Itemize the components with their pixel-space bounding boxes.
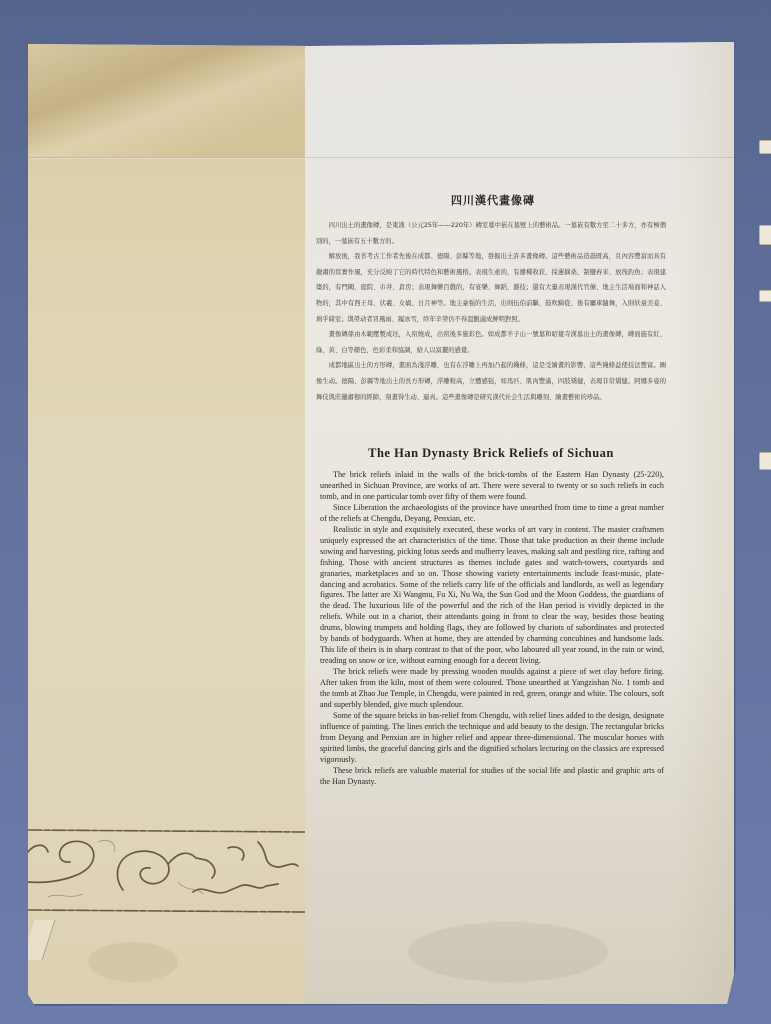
chinese-paragraph: 解放後，我省考古工作者先後在成都、德陽、彭縣等地，發掘出土許多畫像磚。這些藝術品…: [316, 249, 666, 327]
edge-tab: [759, 140, 771, 154]
paper-stain: [408, 922, 608, 982]
paper-stain: [88, 942, 178, 982]
chinese-body: 四川出土的畫像磚，是東漢（公元25年——220年）磚室墓中嵌在墓壁上的藝術品。一…: [316, 218, 666, 405]
chinese-paragraph: 成都地區出土的方形磚，畫面為淺浮雕，也有在浮雕上再加凸起的綫條，這是受繪畫的影響…: [316, 358, 666, 405]
document-sheet: 四川漢代畫像磚 四川出土的畫像磚，是東漢（公元25年——220年）磚室墓中嵌在墓…: [28, 42, 734, 1004]
chinese-paragraph: 四川出土的畫像磚，是東漢（公元25年——220年）磚室墓中嵌在墓壁上的藝術品。一…: [316, 218, 666, 249]
english-paragraph: The brick reliefs were made by pressing …: [320, 667, 664, 711]
horizontal-crease: [28, 157, 734, 159]
english-paragraph: Since Liberation the archaeologists of t…: [320, 503, 664, 525]
english-paragraph: Realistic in style and exquisitely execu…: [320, 525, 664, 667]
english-paragraph: Some of the square bricks in bas-relief …: [320, 711, 664, 766]
edge-tab: [759, 225, 771, 245]
english-body: The brick reliefs inlaid in the walls of…: [320, 470, 664, 788]
english-paragraph: These brick reliefs are valuable materia…: [320, 766, 664, 788]
edge-tab: [759, 290, 771, 302]
chinese-title: 四川漢代畫像磚: [328, 192, 658, 208]
folded-corner-shadow: [28, 42, 305, 157]
english-title: The Han Dynasty Brick Reliefs of Sichuan: [316, 446, 666, 461]
english-paragraph: The brick reliefs inlaid in the walls of…: [320, 470, 664, 503]
chinese-paragraph: 畫像磚係由木範壓製成坯，入窑燒成，出窑後多施彩色。如成都羊子山一號墓和昭覺寺漢墓…: [316, 327, 666, 358]
cloud-scroll-ornament: [28, 822, 305, 917]
edge-tab: [759, 452, 771, 470]
